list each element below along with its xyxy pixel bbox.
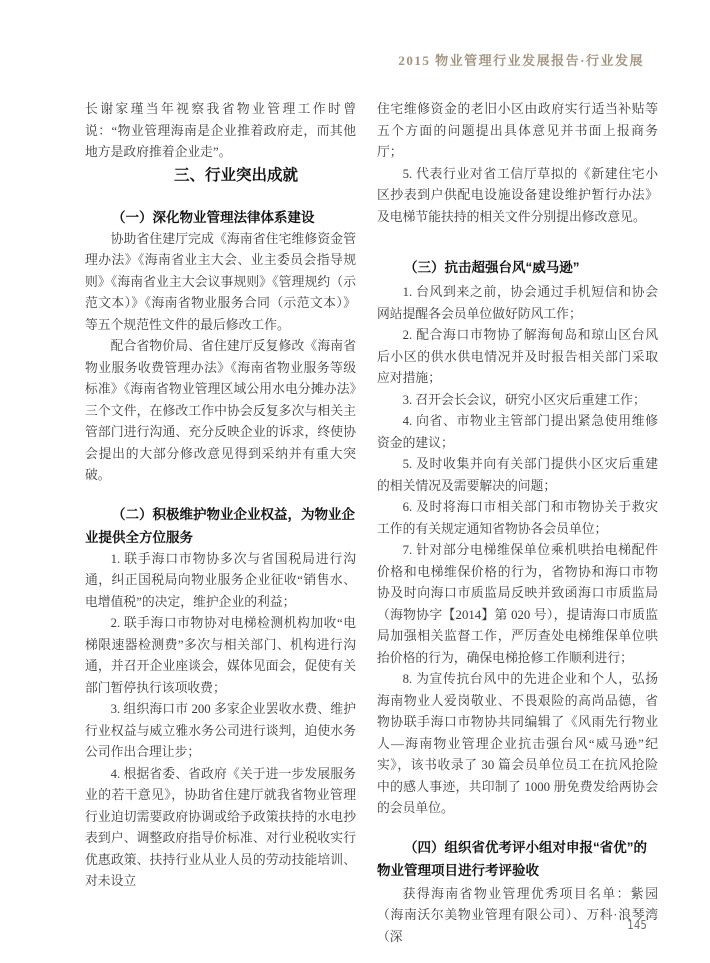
section-3-item-7: 7. 针对部分电梯维保单位乘机哄抬电梯配件价格和电梯维保价格的行为，省物协和海口… [377, 540, 658, 669]
intro-paragraph: 长谢家瑾当年视察我省物业管理工作时曾说：“物业管理海南是企业推着政府走，而其他地… [85, 99, 356, 164]
section-2-item-4: 4. 根据省委、省政府《关于进一步发展服务业的若干意见》，协助省住建厅就我省物业… [85, 764, 356, 893]
page-number: 145 [627, 917, 647, 932]
running-header: 2015 物业管理行业发展报告·行业发展 [398, 50, 644, 69]
section-3-item-1: 1. 台风到来之前，协会通过手机短信和协会网站提醒各会员单位做好防风工作； [377, 282, 658, 325]
section-3-item-5: 5. 及时收集并向有关部门提供小区灾后重建的相关情况及需要解决的问题； [377, 454, 658, 497]
section-3-item-2: 2. 配合海口市物协了解海甸岛和琼山区台风后小区的供水供电情况并及时报告相关部门… [377, 325, 658, 390]
section-3-item-6: 6. 及时将海口市相关部门和市物协关于救灾工作的有关规定通知省物协各会员单位； [377, 497, 658, 540]
left-column: 长谢家瑾当年视察我省物业管理工作时曾说：“物业管理海南是企业推着政府走，而其他地… [85, 99, 356, 893]
section-1-heading: （一）深化物业管理法律体系建设 [85, 206, 356, 229]
chapter-heading: 三、行业突出成就 [85, 164, 356, 188]
section-4-paragraph: 获得海南省物业管理优秀项目名单：紫园（海南沃尔美物业管理有限公司）、万科·浪琴湾… [377, 884, 658, 949]
section-2-heading: （二）积极维护物业企业权益，为物业企业提供全方位服务 [85, 503, 356, 549]
right-column: 住宅维修资金的老旧小区由政府实行适当补贴等五个方面的问题提出具体意见并书面上报商… [377, 99, 658, 948]
section-1-paragraph-1: 协助省住建厅完成《海南省住宅维修资金管理办法》《海南省业主大会、业主委员会指导规… [85, 229, 356, 337]
section-2-item-3: 3. 组织海口市 200 多家企业罢收水费、维护行业权益与威立雅水务公司进行谈判… [85, 699, 356, 764]
section-3-heading: （三）抗击超强台风“威马逊” [377, 256, 658, 279]
section-1-paragraph-2: 配合省物价局、省住建厅反复修改《海南省物业服务收费管理办法》《海南省物业服务等级… [85, 336, 356, 487]
section-3-item-4: 4. 向省、市物业主管部门提出紧急使用维修资金的建议； [377, 411, 658, 454]
continuation-paragraph: 住宅维修资金的老旧小区由政府实行适当补贴等五个方面的问题提出具体意见并书面上报商… [377, 99, 658, 164]
section-4-heading: （四）组织省优考评小组对申报“省优”的物业管理项目进行考评验收 [377, 836, 658, 882]
section-3-item-3: 3. 召开会长会议，研究小区灾后重建工作； [377, 390, 658, 412]
section-2-item-5: 5. 代表行业对省工信厅草拟的《新建住宅小区抄表到户供配电设施设备建设维护暂行办… [377, 164, 658, 229]
section-3-item-8: 8. 为宣传抗台风中的先进企业和个人，弘扬海南物业人爱岗敬业、不畏艰险的高尚品德… [377, 669, 658, 820]
section-2-item-1: 1. 联手海口市物协多次与省国税局进行沟通，纠正国税局向物业服务企业征收“销售水… [85, 549, 356, 614]
document-page: 2015 物业管理行业发展报告·行业发展 长谢家瑾当年视察我省物业管理工作时曾说… [0, 0, 710, 963]
section-2-item-2: 2. 联手海口市物协对电梯检测机构加收“电梯限速器检测费”多次与相关部门、机构进… [85, 613, 356, 699]
